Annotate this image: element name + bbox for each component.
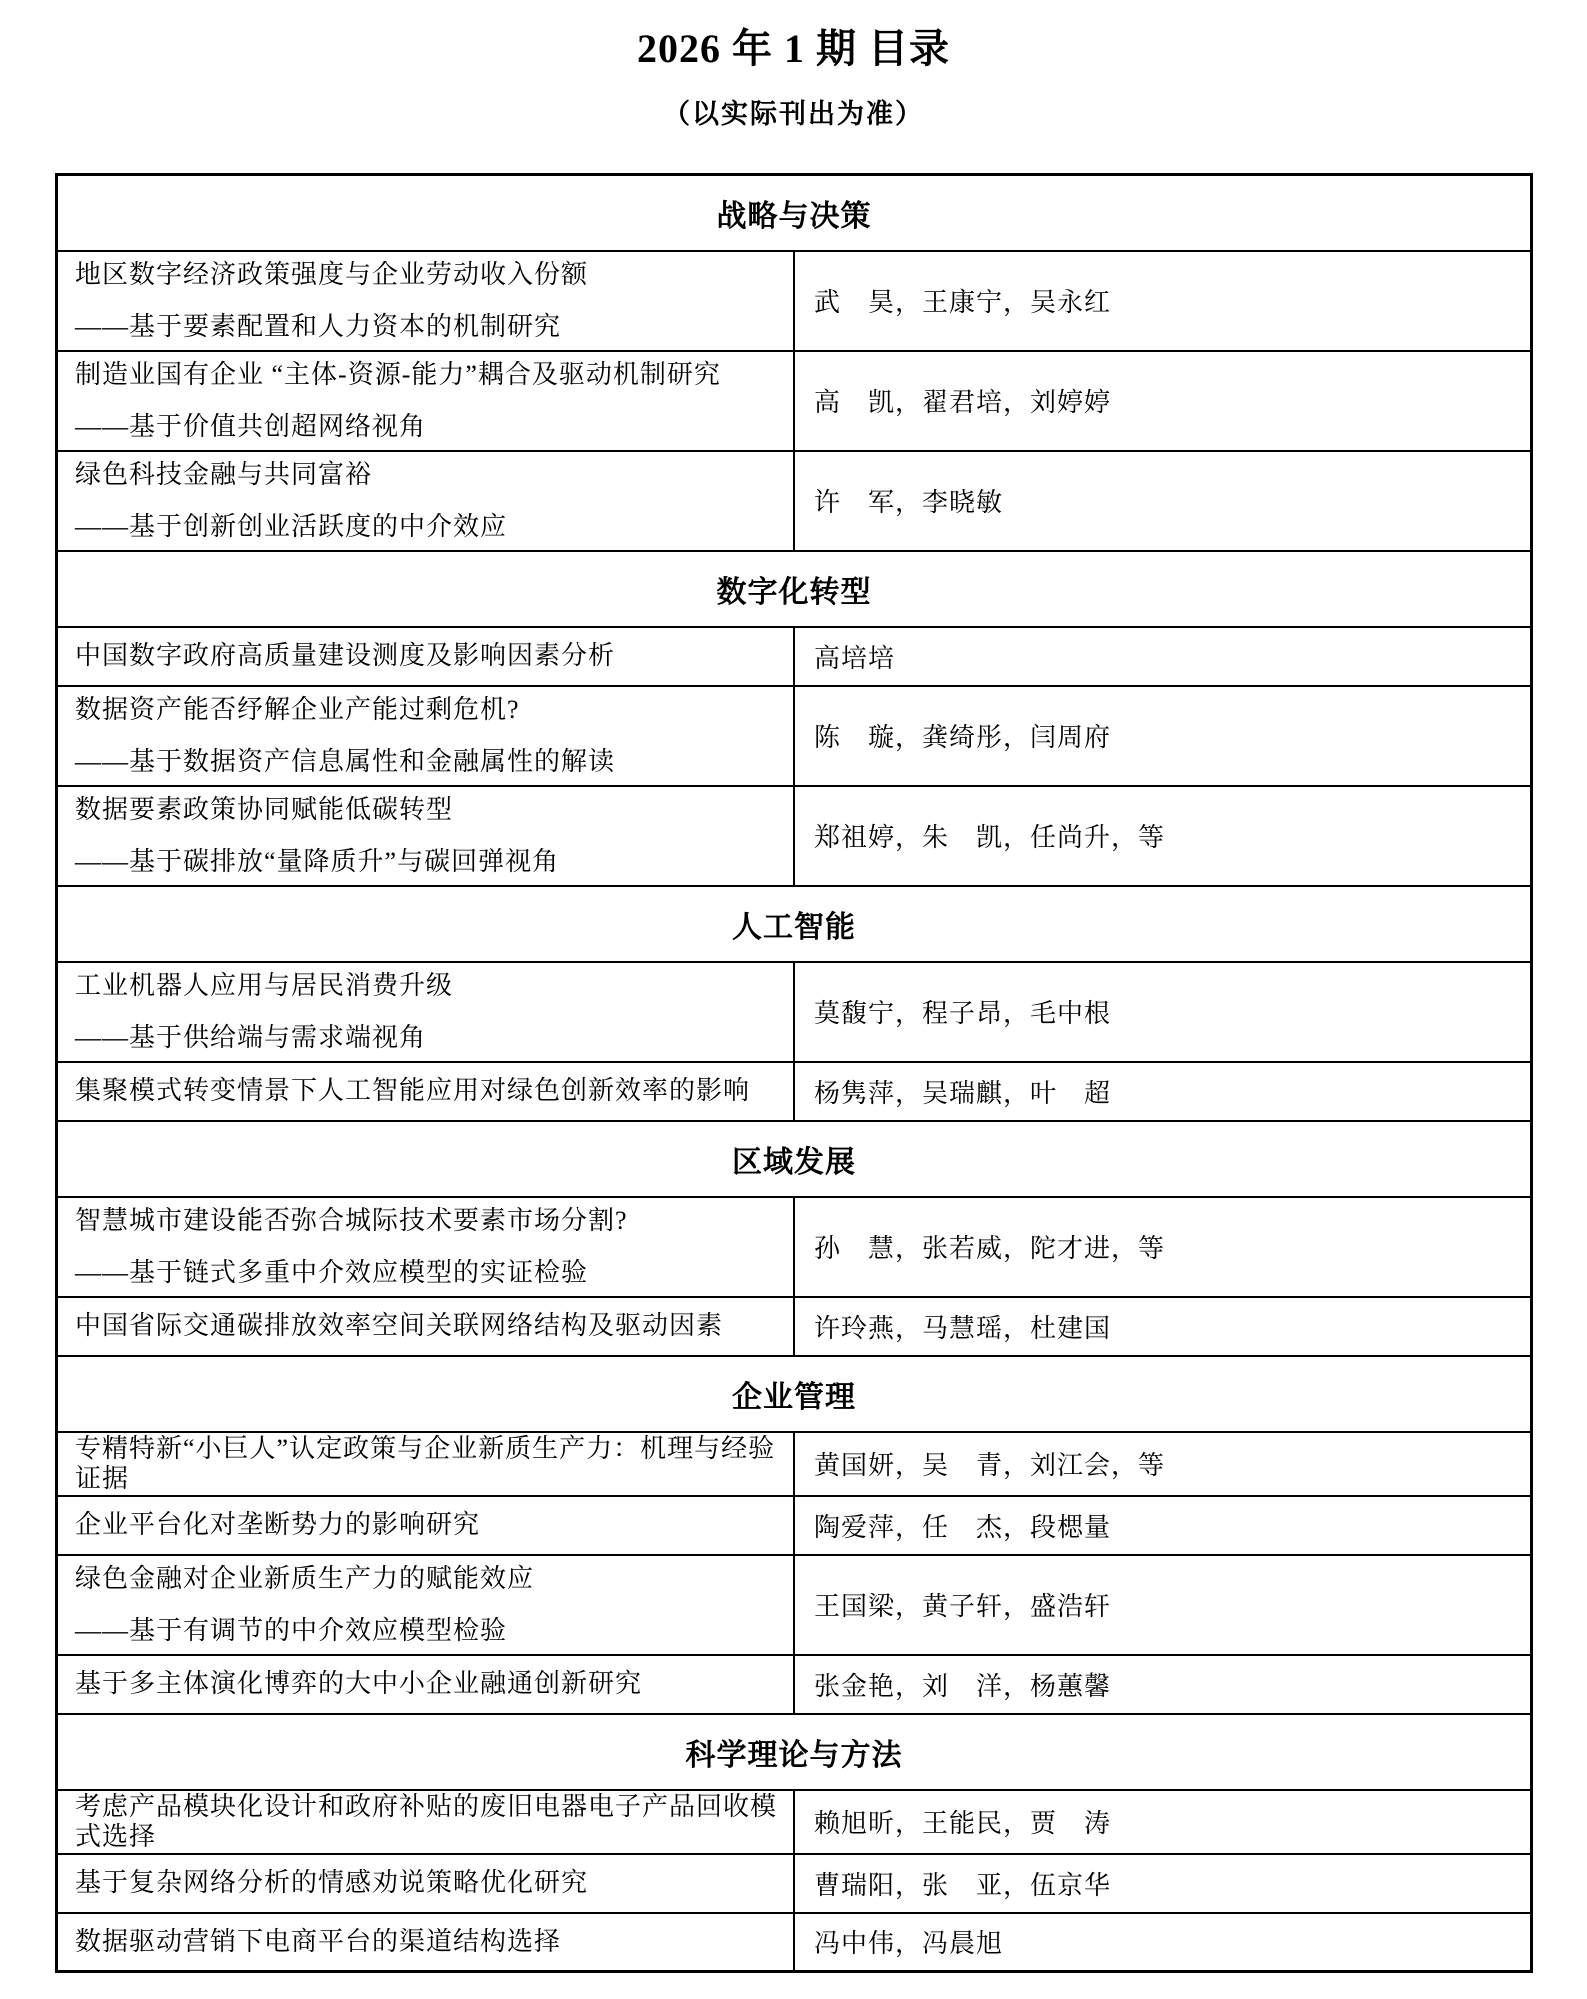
section-header-row: 战略与决策 <box>57 175 1532 251</box>
article-authors: 武 昊，王康宁，吴永红 <box>794 251 1532 351</box>
article-row: 数据要素政策协同赋能低碳转型——基于碳排放“量降质升”与碳回弹视角郑祖婷，朱 凯… <box>57 786 1532 886</box>
article-authors: 冯中伟，冯晨旭 <box>794 1913 1532 1972</box>
section-header-row: 数字化转型 <box>57 551 1532 627</box>
article-authors: 黄国妍，吴 青，刘江会，等 <box>794 1432 1532 1496</box>
article-title-line: ——基于链式多重中介效应模型的实证检验 <box>75 1258 785 1288</box>
article-authors: 许 军，李晓敏 <box>794 451 1532 551</box>
article-title-line: ——基于创新创业活跃度的中介效应 <box>75 512 785 542</box>
section-title: 企业管理 <box>57 1356 1532 1432</box>
article-title-line: 绿色金融对企业新质生产力的赋能效应 <box>75 1564 785 1594</box>
article-title-line: 考虑产品模块化设计和政府补贴的废旧电器电子产品回收模式选择 <box>75 1792 785 1852</box>
article-authors: 高 凯，翟君培，刘婷婷 <box>794 351 1532 451</box>
article-authors: 陈 璇，龚绮彤，闫周府 <box>794 686 1532 786</box>
article-title-line: 智慧城市建设能否弥合城际技术要素市场分割? <box>75 1206 785 1236</box>
article-row: 数据驱动营销下电商平台的渠道结构选择冯中伟，冯晨旭 <box>57 1913 1532 1972</box>
article-title-line: 地区数字经济政策强度与企业劳动收入份额 <box>75 260 785 290</box>
article-row: 绿色金融对企业新质生产力的赋能效应——基于有调节的中介效应模型检验王国梁，黄子轩… <box>57 1555 1532 1655</box>
article-authors: 王国梁，黄子轩，盛浩轩 <box>794 1555 1532 1655</box>
article-title-line: ——基于碳排放“量降质升”与碳回弹视角 <box>75 847 785 877</box>
article-title-line: 中国数字政府高质量建设测度及影响因素分析 <box>75 641 785 671</box>
article-row: 基于复杂网络分析的情感劝说策略优化研究曹瑞阳，张 亚，伍京华 <box>57 1854 1532 1913</box>
section-title: 数字化转型 <box>57 551 1532 627</box>
article-title: 制造业国有企业 “主体-资源-能力”耦合及驱动机制研究——基于价值共创超网络视角 <box>57 351 795 451</box>
article-title: 企业平台化对垄断势力的影响研究 <box>57 1496 795 1555</box>
article-title: 绿色金融对企业新质生产力的赋能效应——基于有调节的中介效应模型检验 <box>57 1555 795 1655</box>
article-title: 绿色科技金融与共同富裕——基于创新创业活跃度的中介效应 <box>57 451 795 551</box>
section-header-row: 企业管理 <box>57 1356 1532 1432</box>
article-title-line: 基于复杂网络分析的情感劝说策略优化研究 <box>75 1868 785 1898</box>
article-title: 专精特新“小巨人”认定政策与企业新质生产力：机理与经验证据 <box>57 1432 795 1496</box>
article-title: 考虑产品模块化设计和政府补贴的废旧电器电子产品回收模式选择 <box>57 1790 795 1854</box>
article-title-line: 制造业国有企业 “主体-资源-能力”耦合及驱动机制研究 <box>75 360 785 390</box>
article-title-line: 工业机器人应用与居民消费升级 <box>75 971 785 1001</box>
section-header-row: 区域发展 <box>57 1121 1532 1197</box>
section-title: 科学理论与方法 <box>57 1714 1532 1790</box>
article-title-line: ——基于供给端与需求端视角 <box>75 1023 785 1053</box>
article-title: 集聚模式转变情景下人工智能应用对绿色创新效率的影响 <box>57 1062 795 1121</box>
section-title: 人工智能 <box>57 886 1532 962</box>
section-header-row: 科学理论与方法 <box>57 1714 1532 1790</box>
article-title-line: 企业平台化对垄断势力的影响研究 <box>75 1510 785 1540</box>
article-authors: 杨隽萍，吴瑞麒，叶 超 <box>794 1062 1532 1121</box>
article-row: 基于多主体演化博弈的大中小企业融通创新研究张金艳，刘 洋，杨蕙馨 <box>57 1655 1532 1714</box>
article-authors: 曹瑞阳，张 亚，伍京华 <box>794 1854 1532 1913</box>
article-title: 基于多主体演化博弈的大中小企业融通创新研究 <box>57 1655 795 1714</box>
article-row: 制造业国有企业 “主体-资源-能力”耦合及驱动机制研究——基于价值共创超网络视角… <box>57 351 1532 451</box>
article-title-line: 中国省际交通碳排放效率空间关联网络结构及驱动因素 <box>75 1311 785 1341</box>
article-authors: 陶爱萍，任 杰，段楒量 <box>794 1496 1532 1555</box>
article-row: 中国数字政府高质量建设测度及影响因素分析高培培 <box>57 627 1532 686</box>
article-title-line: ——基于有调节的中介效应模型检验 <box>75 1616 785 1646</box>
article-title-line: 基于多主体演化博弈的大中小企业融通创新研究 <box>75 1669 785 1699</box>
article-title: 智慧城市建设能否弥合城际技术要素市场分割?——基于链式多重中介效应模型的实证检验 <box>57 1197 795 1297</box>
article-title-line: 专精特新“小巨人”认定政策与企业新质生产力：机理与经验证据 <box>75 1434 785 1494</box>
article-authors: 莫馥宁，程子昂，毛中根 <box>794 962 1532 1062</box>
article-title: 数据驱动营销下电商平台的渠道结构选择 <box>57 1913 795 1972</box>
print-note: （以实际刊出为准） <box>0 98 1587 130</box>
article-title-line: 绿色科技金融与共同富裕 <box>75 460 785 490</box>
page-title: 2026 年 1 期 目录 <box>0 26 1587 72</box>
article-row: 数据资产能否纾解企业产能过剩危机?——基于数据资产信息属性和金融属性的解读陈 璇… <box>57 686 1532 786</box>
toc-table: 战略与决策地区数字经济政策强度与企业劳动收入份额——基于要素配置和人力资本的机制… <box>55 173 1533 1973</box>
article-row: 地区数字经济政策强度与企业劳动收入份额——基于要素配置和人力资本的机制研究武 昊… <box>57 251 1532 351</box>
article-row: 中国省际交通碳排放效率空间关联网络结构及驱动因素许玲燕，马慧瑶，杜建国 <box>57 1297 1532 1356</box>
article-title: 地区数字经济政策强度与企业劳动收入份额——基于要素配置和人力资本的机制研究 <box>57 251 795 351</box>
article-title-line: 集聚模式转变情景下人工智能应用对绿色创新效率的影响 <box>75 1076 785 1106</box>
article-row: 考虑产品模块化设计和政府补贴的废旧电器电子产品回收模式选择赖旭昕，王能民，贾 涛 <box>57 1790 1532 1854</box>
article-title: 数据要素政策协同赋能低碳转型——基于碳排放“量降质升”与碳回弹视角 <box>57 786 795 886</box>
article-authors: 郑祖婷，朱 凯，任尚升，等 <box>794 786 1532 886</box>
article-title: 中国数字政府高质量建设测度及影响因素分析 <box>57 627 795 686</box>
article-row: 企业平台化对垄断势力的影响研究陶爱萍，任 杰，段楒量 <box>57 1496 1532 1555</box>
section-title: 区域发展 <box>57 1121 1532 1197</box>
article-authors: 赖旭昕，王能民，贾 涛 <box>794 1790 1532 1854</box>
article-authors: 张金艳，刘 洋，杨蕙馨 <box>794 1655 1532 1714</box>
article-title: 数据资产能否纾解企业产能过剩危机?——基于数据资产信息属性和金融属性的解读 <box>57 686 795 786</box>
article-title-line: 数据资产能否纾解企业产能过剩危机? <box>75 695 785 725</box>
article-row: 集聚模式转变情景下人工智能应用对绿色创新效率的影响杨隽萍，吴瑞麒，叶 超 <box>57 1062 1532 1121</box>
article-title-line: 数据要素政策协同赋能低碳转型 <box>75 795 785 825</box>
article-row: 工业机器人应用与居民消费升级——基于供给端与需求端视角莫馥宁，程子昂，毛中根 <box>57 962 1532 1062</box>
article-title: 基于复杂网络分析的情感劝说策略优化研究 <box>57 1854 795 1913</box>
article-title: 中国省际交通碳排放效率空间关联网络结构及驱动因素 <box>57 1297 795 1356</box>
article-row: 智慧城市建设能否弥合城际技术要素市场分割?——基于链式多重中介效应模型的实证检验… <box>57 1197 1532 1297</box>
article-authors: 高培培 <box>794 627 1532 686</box>
article-title-line: ——基于价值共创超网络视角 <box>75 412 785 442</box>
article-title-line: 数据驱动营销下电商平台的渠道结构选择 <box>75 1927 785 1957</box>
article-title: 工业机器人应用与居民消费升级——基于供给端与需求端视角 <box>57 962 795 1062</box>
article-title-line: ——基于要素配置和人力资本的机制研究 <box>75 312 785 342</box>
article-authors: 孙 慧，张若威，陀才进，等 <box>794 1197 1532 1297</box>
article-row: 专精特新“小巨人”认定政策与企业新质生产力：机理与经验证据黄国妍，吴 青，刘江会… <box>57 1432 1532 1496</box>
article-authors: 许玲燕，马慧瑶，杜建国 <box>794 1297 1532 1356</box>
article-title-line: ——基于数据资产信息属性和金融属性的解读 <box>75 747 785 777</box>
article-row: 绿色科技金融与共同富裕——基于创新创业活跃度的中介效应许 军，李晓敏 <box>57 451 1532 551</box>
section-header-row: 人工智能 <box>57 886 1532 962</box>
section-title: 战略与决策 <box>57 175 1532 251</box>
